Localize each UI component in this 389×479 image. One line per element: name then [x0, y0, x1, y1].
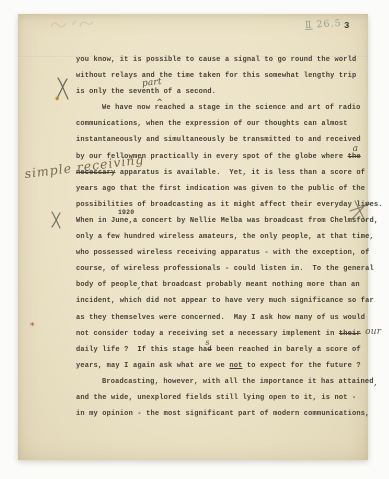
inserted-correction-text: 1920	[118, 209, 134, 216]
typed-segment-struck: necessary	[76, 169, 115, 177]
typed-line: without relays and the time taken for th…	[76, 68, 376, 84]
typed-line: course, of wireless professionals - coul…	[76, 261, 376, 277]
typed-segment: that broadcast probably meant nothing mo…	[141, 281, 360, 289]
typed-line: body of people,that broadcast probably m…	[76, 277, 376, 293]
scanned-document: Ⅱ 26.5 3 simple receiving * you know, it…	[0, 0, 389, 479]
typed-segment: instantaneously and simultaneously be tr…	[76, 136, 361, 144]
typed-line: you know, it is possible to cause a sign…	[76, 52, 376, 68]
typed-segment: incident, which did not appear to have v…	[76, 297, 374, 305]
typed-segment: is only the seventh	[76, 88, 159, 96]
typewritten-text: you know, it is possible to cause a sign…	[76, 52, 376, 422]
typed-line: as they themselves were concerned. May I…	[76, 310, 376, 326]
typed-line: communications, when the expression of o…	[76, 116, 376, 132]
typed-segment: by our fellowmen practically in every sp…	[76, 153, 348, 161]
typed-segment: not consider today a receiving set a nec…	[76, 330, 339, 338]
typed-segment: without relays and the time taken for th…	[76, 72, 356, 80]
inserted-correction-text: a	[353, 144, 359, 154]
typed-segment: who possessed wireless receiving apparat…	[76, 249, 370, 257]
typed-line: daily life ? If this stage hads been rea…	[76, 342, 376, 358]
typed-segment: body of people	[76, 281, 137, 289]
manuscript-page: Ⅱ 26.5 3 simple receiving * you know, it…	[18, 14, 368, 460]
typed-segment: and the wide, unexplored fields still ly…	[76, 394, 356, 402]
red-margin-mark: *	[30, 322, 35, 332]
typed-segment-struck: thea	[348, 153, 361, 161]
typed-segment: of a second.	[159, 88, 216, 96]
typed-segment: daily life ? If this stage ha	[76, 346, 207, 354]
catalog-number: 26.5	[316, 18, 342, 30]
typed-segment-hand: our	[365, 327, 381, 337]
typed-line: When in June,1920a concert by Nellie Mel…	[76, 213, 376, 229]
handwritten-x-mark	[49, 210, 63, 230]
page-number: 3	[344, 21, 349, 31]
typed-segment: years, may I again ask what are we	[76, 362, 229, 370]
typed-line: necessary apparatus is available. Yet, i…	[76, 165, 376, 181]
inserted-correction-text: s	[205, 338, 209, 347]
typed-segment: course, of wireless professionals - coul…	[76, 265, 374, 273]
typed-line: and the wide, unexplored fields still ly…	[76, 390, 376, 406]
typed-line: by our fellowmen practically in every sp…	[76, 149, 376, 165]
typed-segment: you know, it is possible to cause a sign…	[76, 56, 356, 64]
typed-segment: We have now reached a stage in the scien…	[102, 104, 360, 112]
catalog-numeral: Ⅱ	[305, 20, 313, 31]
typed-line: instantaneously and simultaneously be tr…	[76, 132, 376, 148]
typed-segment: Broadcasting, however, with all the impo…	[102, 378, 374, 386]
pencil-scribble-top-left	[48, 16, 128, 32]
typed-segment: in my opinion - the most significant par…	[76, 410, 370, 418]
typed-segment: as they themselves were concerned. May I…	[76, 314, 365, 322]
typed-line: Broadcasting, however, with all the impo…	[76, 374, 376, 390]
typed-segment-u: not	[229, 362, 242, 370]
typed-segment: only a few hundred wireless amateurs, th…	[76, 233, 374, 241]
typed-segment: apparatus is available. Yet, it is less …	[115, 169, 365, 177]
pencil-catalog-note: Ⅱ 26.5	[305, 18, 342, 31]
typed-line: only a few hundred wireless amateurs, th…	[76, 229, 376, 245]
typed-segment-struck: their	[339, 330, 361, 338]
typed-segment: When in June,	[76, 217, 133, 225]
typed-segment: years ago that the first indication was …	[76, 185, 365, 193]
typed-segment: a concert by Nellie Melba was broadcast …	[133, 217, 378, 225]
handwritten-x-mark	[54, 76, 71, 101]
typed-segment-hand-comma: ,	[374, 377, 377, 388]
typed-line: years, may I again ask what are we not t…	[76, 358, 376, 374]
typed-line: is only the seventhpart^ of a second.	[76, 84, 376, 100]
typed-segment: possibilities of broadcasting as it migh…	[76, 201, 383, 209]
typed-line: years ago that the first indication was …	[76, 181, 376, 197]
typed-line: who possessed wireless receiving apparat…	[76, 245, 376, 261]
typed-segment: been reached in barely a score of	[212, 346, 361, 354]
typed-line: incident, which did not appear to have v…	[76, 293, 376, 309]
typed-line: not consider today a receiving set a nec…	[76, 326, 376, 342]
typed-line: in my opinion - the most significant par…	[76, 406, 376, 422]
typed-segment: communications, when the expression of o…	[76, 120, 348, 128]
typed-segment: to expect for the future ?	[242, 362, 360, 370]
typed-line: We have now reached a stage in the scien…	[76, 100, 376, 116]
